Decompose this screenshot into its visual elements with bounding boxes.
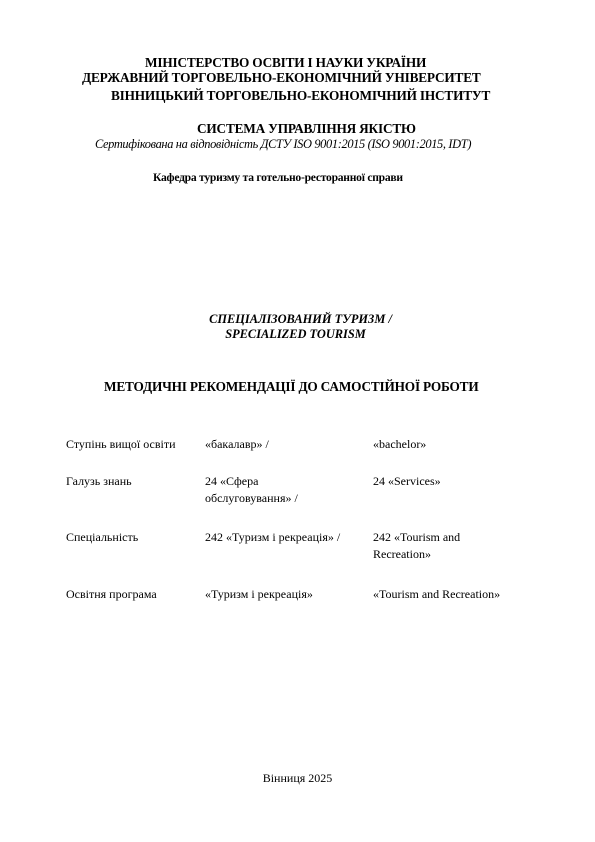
table-row-value-en: «Tourism and Recreation» [373,586,543,603]
city-year: Вінниця 2025 [0,772,595,784]
table-row-value-ua: 24 «Сфера обслуговування» / [205,473,325,506]
table-row-label: Галузь знань [66,473,206,490]
table-row-value-en: 24 «Services» [373,473,538,490]
table-row-label: Ступінь вищої освіти [66,436,206,453]
course-title-en: SPECIALIZED TOURISM [0,328,593,340]
course-title-ua: СПЕЦІАЛІЗОВАНИЙ ТУРИЗМ / [3,313,595,325]
institute-heading: ВІННИЦЬКИЙ ТОРГОВЕЛЬНО-ЕКОНОМІЧНИЙ ІНСТИ… [111,89,490,102]
table-row-label: Спеціальність [66,529,206,546]
table-row-value-ua: 242 «Туризм і рекреація» / [205,529,369,546]
department-name: Кафедра туризму та готельно-ресторанної … [153,172,403,184]
document-type-title: МЕТОДИЧНІ РЕКОМЕНДАЦІЇ ДО САМОСТІЙНОЇ РО… [104,380,479,393]
certification-note: Сертифікована на відповідність ДСТУ ISO … [95,138,471,150]
university-heading: ДЕРЖАВНИЙ ТОРГОВЕЛЬНО-ЕКОНОМІЧНИЙ УНІВЕР… [82,71,481,84]
table-row-value-ua: «Туризм і рекреація» [205,586,370,603]
table-row-label: Освітня програма [66,586,206,603]
ministry-heading: МІНІСТЕРСТВО ОСВІТИ І НАУКИ УКРАЇНИ [145,56,426,69]
table-row-value-en: «bachelor» [373,436,538,453]
table-row-value-ua: «бакалавр» / [205,436,370,453]
table-row-value-en: 242 «Tourism and Recreation» [373,529,478,562]
quality-system-title: СИСТЕМА УПРАВЛІННЯ ЯКІСТЮ [197,122,416,135]
